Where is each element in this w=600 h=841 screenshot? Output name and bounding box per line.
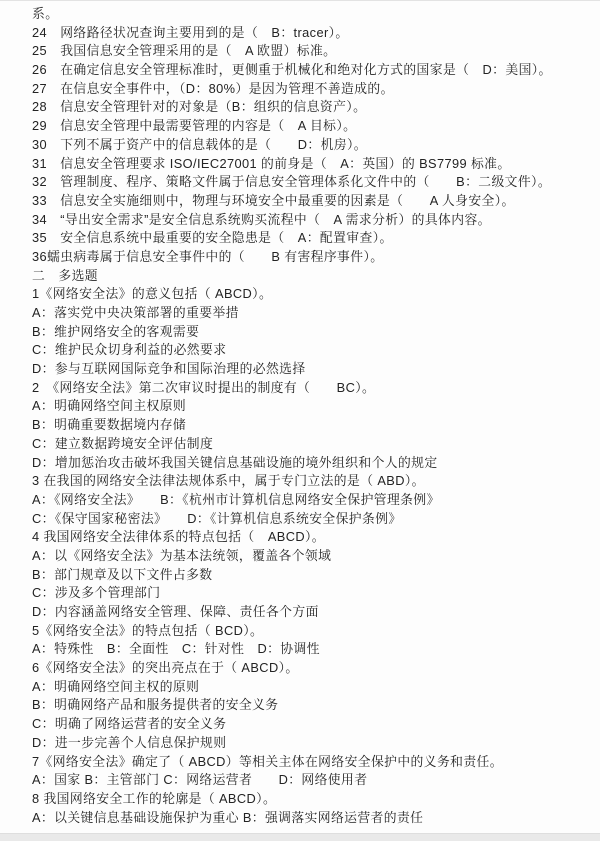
document-line: 二 多选题 [32,267,592,286]
document-line: A：国家 B：主管部门 C：网络运营者 D：网络使用者 [32,771,592,790]
document-line: A：以《网络安全法》为基本法统领，覆盖各个领域 [32,547,592,566]
page-bottom-edge [0,833,600,841]
document-line: 25 我国信息安全管理采用的是（ A 欧盟）标准。 [32,42,592,61]
document-line: 6《网络安全法》的突出亮点在于（ ABCD）。 [32,659,592,678]
document-line: 34 “导出安全需求”是安全信息系统购买流程中（ A 需求分析）的具体内容。 [32,211,592,230]
document-line: A：落实党中央决策部署的重要举措 [32,304,592,323]
document-line: A：《网络安全法》 B：《杭州市计算机信息网络安全保护管理条例》 [32,491,592,510]
document-line: 31 信息安全管理要求 ISO/IEC27001 的前身是（ A：英国）的 BS… [32,155,592,174]
document-line: A：明确网络空间主权原则 [32,397,592,416]
document-lines: 系。24 网络路径状况查询主要用到的是（ B：tracer）。25 我国信息安全… [32,5,592,827]
document-line: 33 信息安全实施细则中，物理与环境安全中最重要的因素是（ A 人身安全）。 [32,192,592,211]
document-line: 2 《网络安全法》第二次审议时提出的制度有（ BC）。 [32,379,592,398]
document-line: 4 我国网络安全法律体系的特点包括（ ABCD）。 [32,528,592,547]
document-line: 30 下列不属于资产中的信息载体的是（ D：机房）。 [32,136,592,155]
document-line: C：明确了网络运营者的安全义务 [32,715,592,734]
document-line: 24 网络路径状况查询主要用到的是（ B：tracer）。 [32,24,592,43]
document-line: 1《网络安全法》的意义包括（ ABCD）。 [32,285,592,304]
document-line: A：特殊性 B：全面性 C：针对性 D：协调性 [32,640,592,659]
document-line: B：明确重要数据境内存储 [32,416,592,435]
document-line: 36蠕虫病毒属于信息安全事件中的（ B 有害程序事件）。 [32,248,592,267]
document-line: A：以关键信息基础设施保护为重心 B：强调落实网络运营者的责任 [32,809,592,828]
document-line: 3 在我国的网络安全法律法规体系中，属于专门立法的是（ ABD）。 [32,472,592,491]
document-line: B：明确网络产品和服务提供者的安全义务 [32,696,592,715]
document-line: 27 在信息安全事件中，（D：80%）是因为管理不善造成的。 [32,80,592,99]
document-line: A：明确网络空间主权的原则 [32,678,592,697]
document-line: B：部门规章及以下文件占多数 [32,566,592,585]
document-line: 8 我国网络安全工作的轮廓是（ ABCD）。 [32,790,592,809]
document-line: C：涉及多个管理部门 [32,584,592,603]
document-line: D：增加惩治攻击破坏我国关键信息基础设施的境外组织和个人的规定 [32,454,592,473]
document-line: 29 信息安全管理中最需要管理的内容是（ A 目标）。 [32,117,592,136]
document-line: 系。 [32,5,592,24]
document-line: C：建立数据跨境安全评估制度 [32,435,592,454]
document-line: 35 安全信息系统中最重要的安全隐患是（ A：配置审查）。 [32,229,592,248]
document-line: 32 管理制度、程序、策略文件属于信息安全管理体系化文件中的（ B：二级文件）。 [32,173,592,192]
document-line: C：《保守国家秘密法》 D：《计算机信息系统安全保护条例》 [32,510,592,529]
document-line: 26 在确定信息安全管理标准时，更侧重于机械化和绝对化方式的国家是（ D：美国）… [32,61,592,80]
document-line: C：维护民众切身利益的必然要求 [32,341,592,360]
document-line: D：参与互联网国际竞争和国际治理的必然选择 [32,360,592,379]
document-line: B：维护网络安全的客观需要 [32,323,592,342]
document-line: 28 信息安全管理针对的对象是（B：组织的信息资产）。 [32,98,592,117]
document-line: D：进一步完善个人信息保护规则 [32,734,592,753]
exam-document-page: 系。24 网络路径状况查询主要用到的是（ B：tracer）。25 我国信息安全… [0,0,600,841]
document-line: D：内容涵盖网络安全管理、保障、责任各个方面 [32,603,592,622]
document-line: 7《网络安全法》确定了（ ABCD）等相关主体在网络安全保护中的义务和责任。 [32,753,592,772]
document-line: 5《网络安全法》的特点包括（ BCD）。 [32,622,592,641]
